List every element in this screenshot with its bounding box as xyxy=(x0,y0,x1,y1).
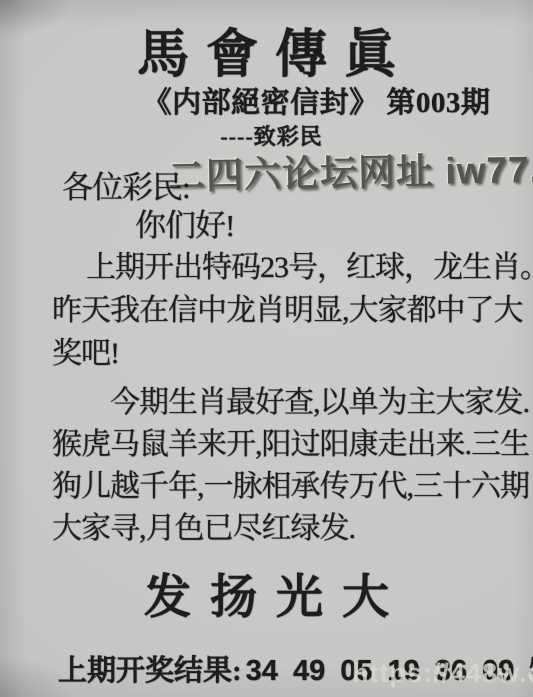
result-number: 49 xyxy=(293,655,325,687)
scanned-fax-page: 馬會傳眞 《内部絕密信封》 第003期 ----致彩民 二四六论坛网址 iw77… xyxy=(0,0,533,697)
slogan: 发扬光大 xyxy=(0,560,533,627)
text-line: 猴虎马鼠羊来开,阳过阳康走出来.三生 xyxy=(52,424,527,466)
text-line: 上期开出特码23号，红球，龙生肖。 xyxy=(52,246,527,289)
text-line: 今期生肖最好查,以单为主大家发. xyxy=(52,382,527,424)
result-number: 34 xyxy=(246,655,278,687)
text-line: 昨天我在信中龙肖明显,大家都中了大 xyxy=(52,289,527,332)
url-watermark: https://448w.com xyxy=(352,658,533,689)
hello-line: 你们好! xyxy=(135,200,234,245)
paragraph-last-result: 上期开出特码23号，红球，龙生肖。 昨天我在信中龙肖明显,大家都中了大 奖吧! xyxy=(52,246,527,375)
text-line: 大家寻,月色已尽红绿发. xyxy=(52,508,527,550)
forum-watermark: 二四六论坛网址 iw77.com xyxy=(167,137,533,200)
paragraph-current-tip: 今期生肖最好查,以单为主大家发. 猴虎马鼠羊来开,阳过阳康走出来.三生 狗儿越千… xyxy=(52,382,527,550)
text-line: 奖吧! xyxy=(52,332,527,375)
text-line: 狗儿越千年,一脉相承传万代,三十六期 xyxy=(52,466,527,508)
page-title: 馬會傳眞 xyxy=(0,12,533,87)
results-label: 上期开奖结果: xyxy=(58,655,242,687)
issue-subtitle: 《内部絕密信封》 第003期 xyxy=(0,80,533,121)
